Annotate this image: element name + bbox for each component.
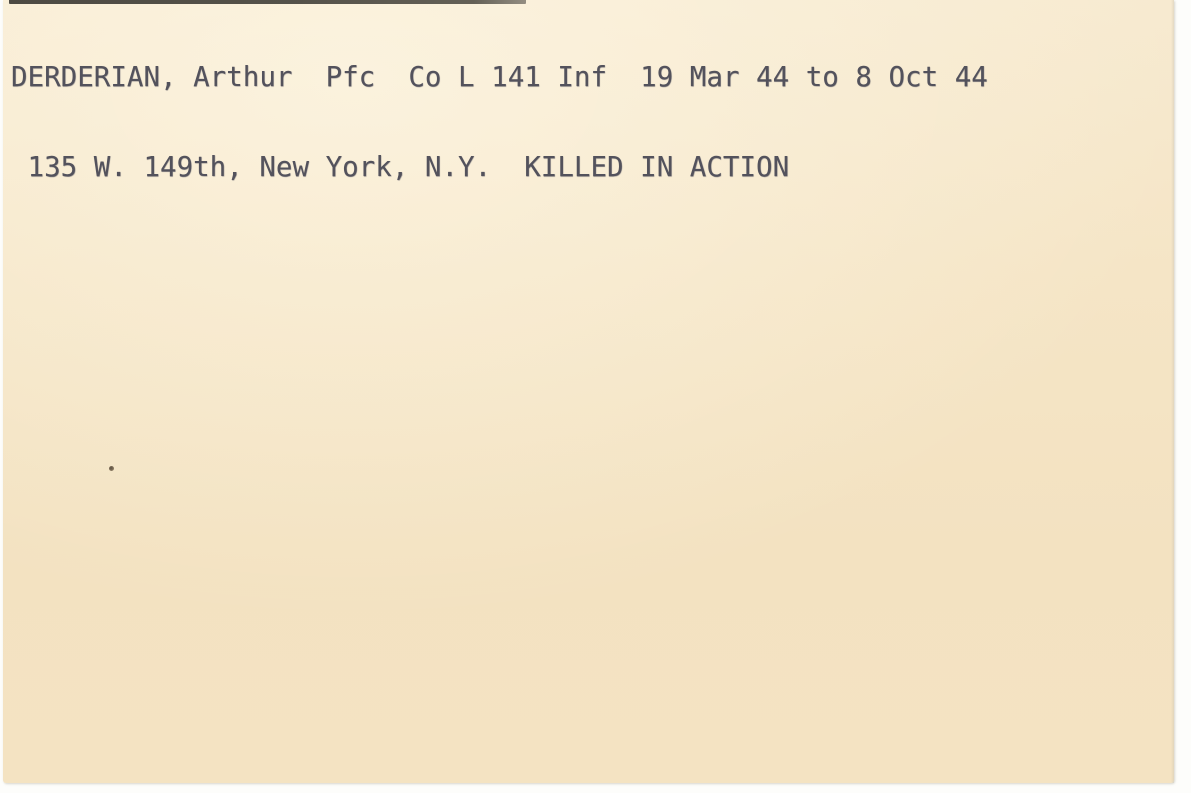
typewritten-line-address-status: 135 W. 149th, New York, N.Y. KILLED IN A…: [11, 152, 988, 182]
typewritten-text: DERDERIAN, Arthur Pfc Co L 141 Inf 19 Ma…: [11, 2, 988, 242]
typewritten-line-name-rank-unit-dates: DERDERIAN, Arthur Pfc Co L 141 Inf 19 Ma…: [11, 62, 988, 92]
ink-speck: [109, 466, 114, 471]
card-right-edge-shadow: [1171, 0, 1174, 783]
index-card: DERDERIAN, Arthur Pfc Co L 141 Inf 19 Ma…: [3, 0, 1174, 783]
scanner-background: DERDERIAN, Arthur Pfc Co L 141 Inf 19 Ma…: [0, 0, 1191, 793]
